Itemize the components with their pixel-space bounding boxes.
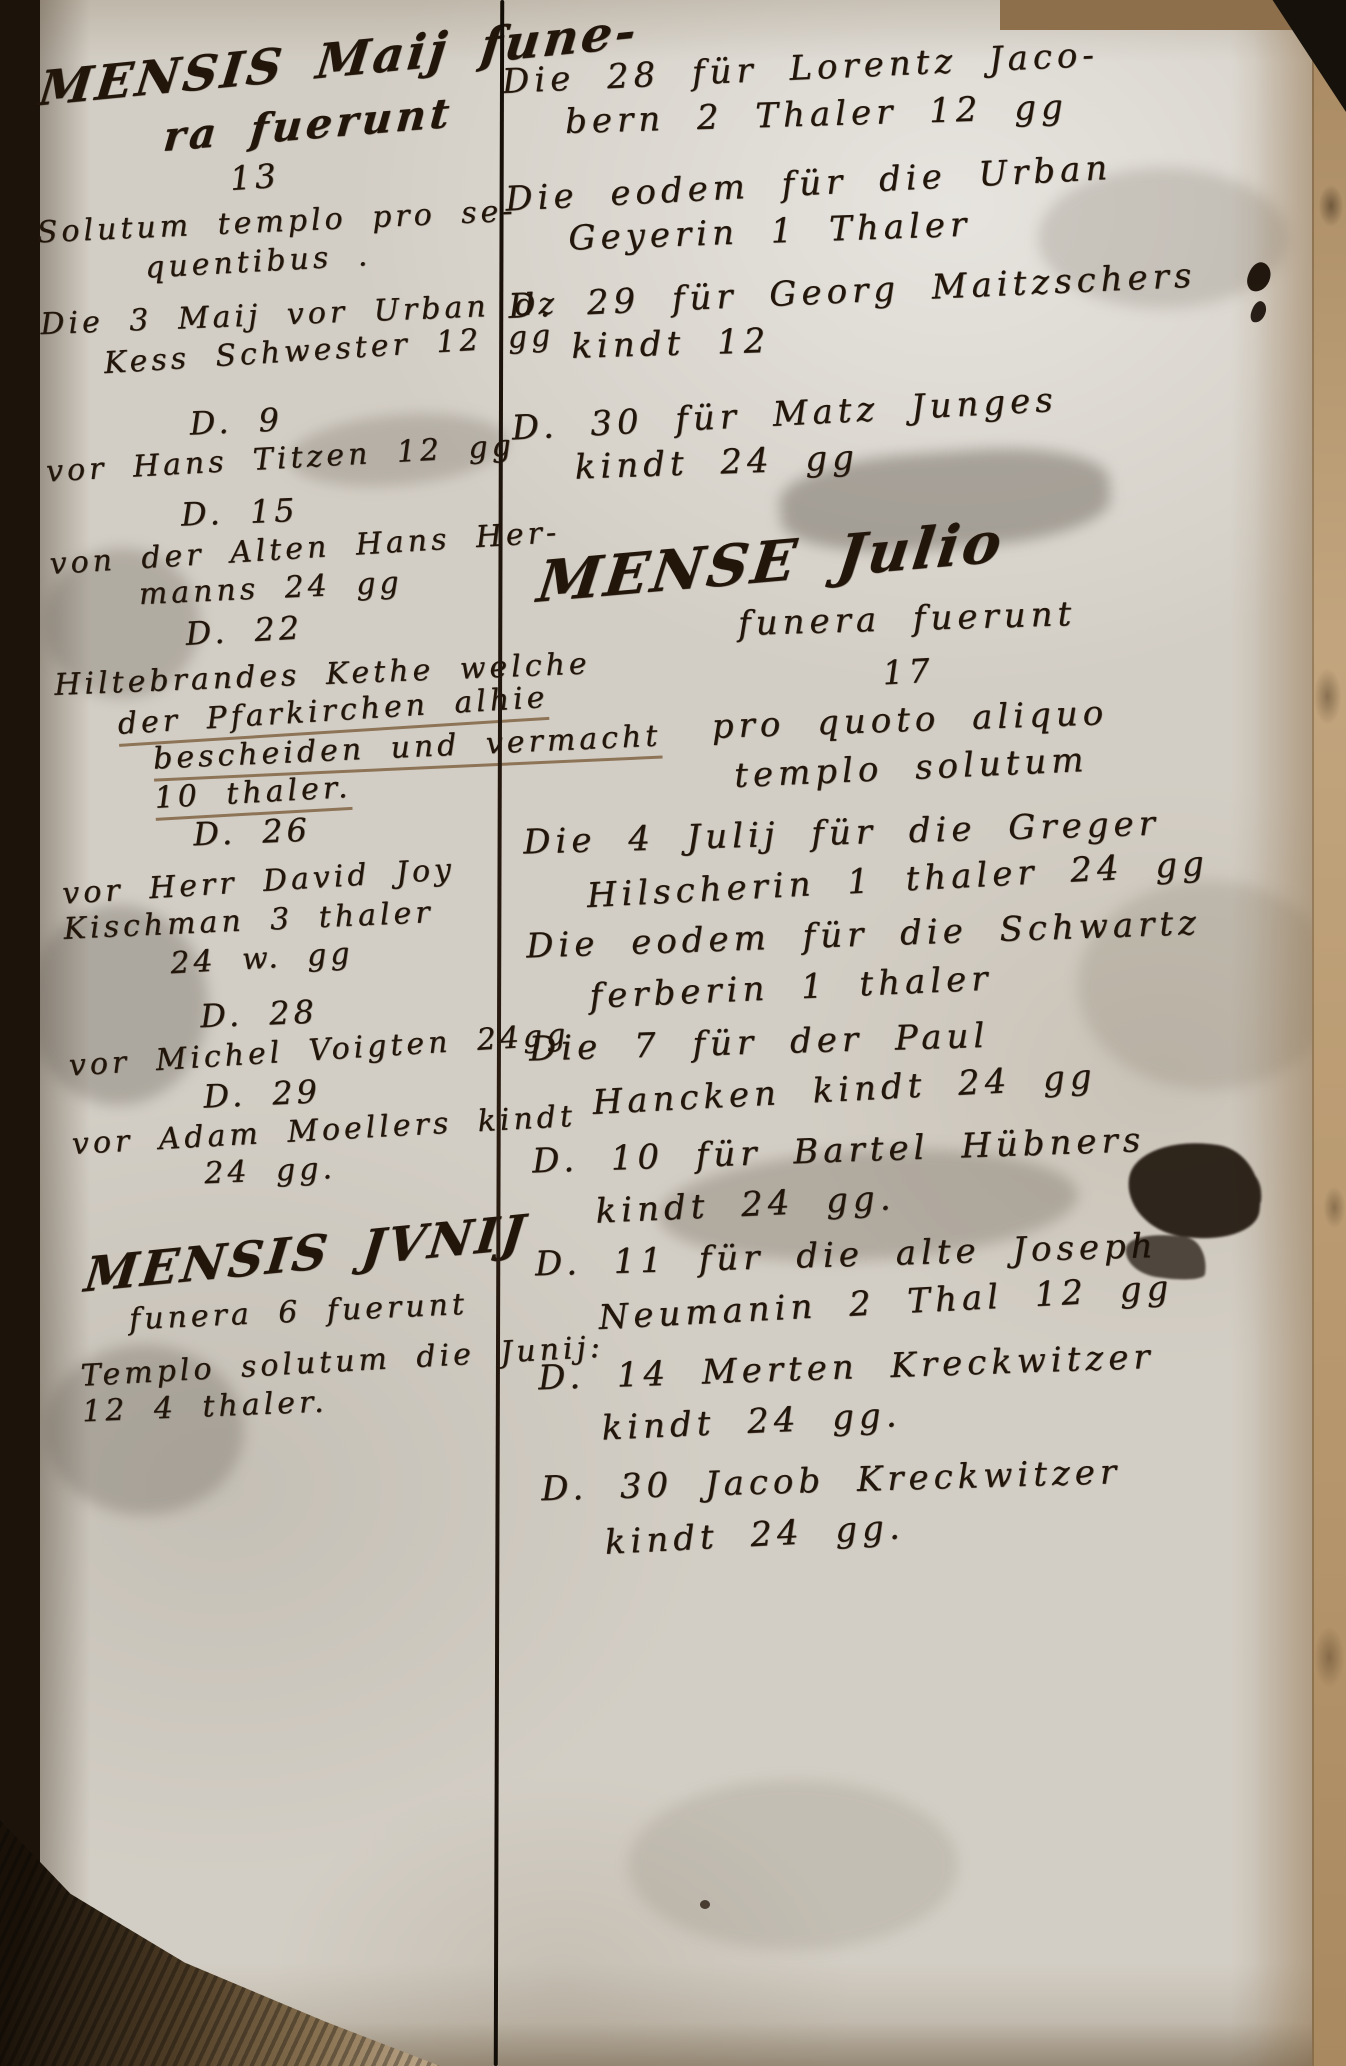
line-text: 24 gg.	[204, 1151, 337, 1191]
line-text: D. 26	[192, 811, 311, 854]
book-photo: MENSIS Maij fune- ra fuerunt 13 Solutum …	[0, 0, 1346, 2066]
line-text: D. 15	[180, 491, 299, 534]
line-text: D. 29	[202, 1072, 321, 1115]
left-page-stack-edge	[0, 0, 40, 2066]
line-text: bern 2 Thaler 12 gg	[564, 87, 1068, 142]
line-text: 24 w. gg	[169, 936, 354, 981]
line-text: D. 9	[189, 400, 284, 442]
line-text: Geyerin 1 Thaler	[568, 204, 972, 258]
line-text: kindt 24 gg.	[601, 1395, 903, 1449]
right-column: Die 28 für Lorentz Jaco- bern 2 Thaler 1…	[501, 29, 1323, 1561]
ink-specks	[700, 1900, 710, 1909]
line-text: D. 28	[199, 993, 318, 1036]
line-text: ferberin 1 thaler	[589, 958, 994, 1016]
line-text: 12 4 thaler.	[81, 1384, 328, 1429]
right-fore-edge	[1312, 22, 1346, 2066]
line-text: kindt 24 gg	[574, 438, 859, 488]
line-text: D. 22	[184, 608, 304, 653]
mold-stain	[628, 1780, 958, 1950]
left-column: MENSIS Maij fune- ra fuerunt 13 Solutum …	[29, 24, 522, 1431]
line-text: 17	[882, 651, 936, 693]
line-text: kindt 24 gg.	[595, 1178, 897, 1232]
line-text: funera fuerunt	[737, 594, 1076, 644]
line-text: kindt 12	[571, 321, 771, 367]
line-text: templo solutum	[733, 740, 1089, 796]
line-text: 13	[229, 156, 281, 198]
